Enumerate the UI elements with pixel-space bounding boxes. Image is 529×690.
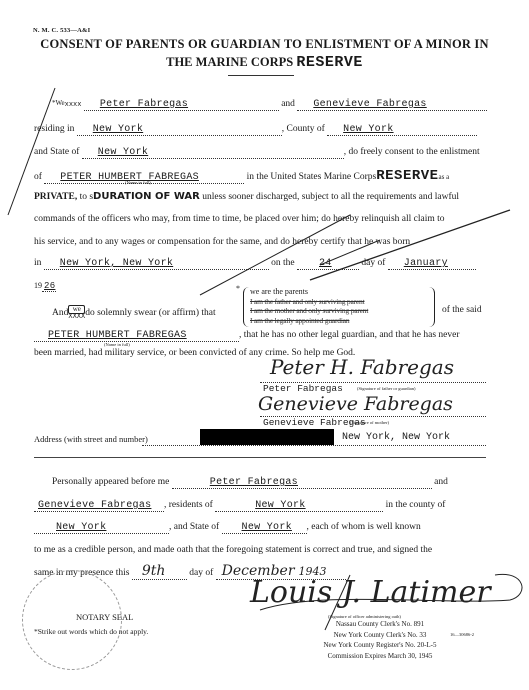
notary-line: Commission Expires March 30, 1945 [300,651,460,662]
father-caption: (Signature of father or guardian) [357,386,415,391]
reserve-stamp: RESERVE [296,54,363,71]
person2-field[interactable]: Genevieve Fabregas [34,500,164,512]
residence-line: residing in New York, County of New York [34,124,477,136]
option-parents[interactable]: we are the parents [250,287,434,297]
address-label: Address (with street and number) [34,434,148,444]
duration-stamp: DURATION OF WAR [93,191,200,202]
oath-line: And we XXXX do solemnly swear (or affirm… [52,305,216,321]
birth-year-line: 1926 [34,281,56,292]
notary-credentials: Nassau County Clerk's No. 891 New York C… [300,619,460,661]
we-prefix: *We [52,99,65,107]
parent2-field[interactable]: Genevieve Fabregas [297,99,487,111]
oath-name-caption: (Name in full) [104,342,130,347]
notary-state-line: New York, and State of New York, each of… [34,522,421,534]
struck-pronoun: xxxx [65,101,82,109]
oath-minor-name-field[interactable]: PETER HUMBERT FABREGAS [34,330,239,342]
document-title: CONSENT OF PARENTS OR GUARDIAN TO ENLIST… [0,37,529,52]
relationship-options: we are the parents I am the father and o… [243,287,435,327]
option-father[interactable]: I am the father and only surviving paren… [250,297,434,307]
residing-in-field[interactable]: New York [77,124,282,136]
option-guardian[interactable]: I am the legally appointed guardian [250,316,434,326]
residents-line: Genevieve Fabregas, residents of New Yor… [34,500,445,512]
parents-line: *Wexxxx Peter Fabregas and Genevieve Fab… [52,99,487,111]
footnote: *Strike out words which do not apply. [34,627,148,636]
notary-line: New York County Clerk's No. 33 [300,630,460,641]
father-signature: Peter H. Fabregas [270,355,454,379]
oath-minor-line: PETER HUMBERT FABREGAS, that he has no o… [34,330,460,342]
print-code: 16—30686-2 [450,632,474,637]
mother-signature: Genevieve Fabregas [258,393,453,415]
notary-line: Nassau County Clerk's No. 891 [300,619,460,630]
mother-caption: (Signature of mother) [350,420,389,425]
name-in-full-caption: (Name in full) [125,180,151,185]
section-divider [34,457,486,458]
county-field[interactable]: New York [327,124,477,136]
state-line: and State of New York, do freely consent… [34,147,480,159]
residents-of-field[interactable]: New York [215,500,383,512]
asterisk: * [236,284,240,293]
state-field[interactable]: New York [82,147,344,159]
person1-field[interactable]: Peter Fabregas [172,477,432,489]
address-field[interactable] [142,445,486,446]
address-city: New York, New York [342,432,450,443]
title-divider [228,75,294,76]
option-mother[interactable]: I am the mother and only surviving paren… [250,306,434,316]
notary-line: New York County Register's No. 20-L-5 [300,640,460,651]
notary-state-field[interactable]: New York [222,522,307,534]
notary-county-field[interactable]: New York [34,522,169,534]
birth-year-field[interactable]: 26 [42,281,56,292]
parent1-field[interactable]: Peter Fabregas [84,99,279,111]
form-number: N. M. C. 533—A&I [33,27,90,34]
notary-day-field[interactable]: 9th [132,563,187,580]
seal-label: NOTARY SEAL [76,612,133,622]
of-the-said-text: of the said [442,305,482,315]
appeared-line: Personally appeared before me Peter Fabr… [52,477,448,489]
document-title-line2: THE MARINE CORPS RESERVE [0,54,529,71]
struck-pronoun: XXXX [68,314,85,321]
redacted-street [200,429,334,445]
title-marine-corps: THE MARINE CORPS [166,55,293,69]
